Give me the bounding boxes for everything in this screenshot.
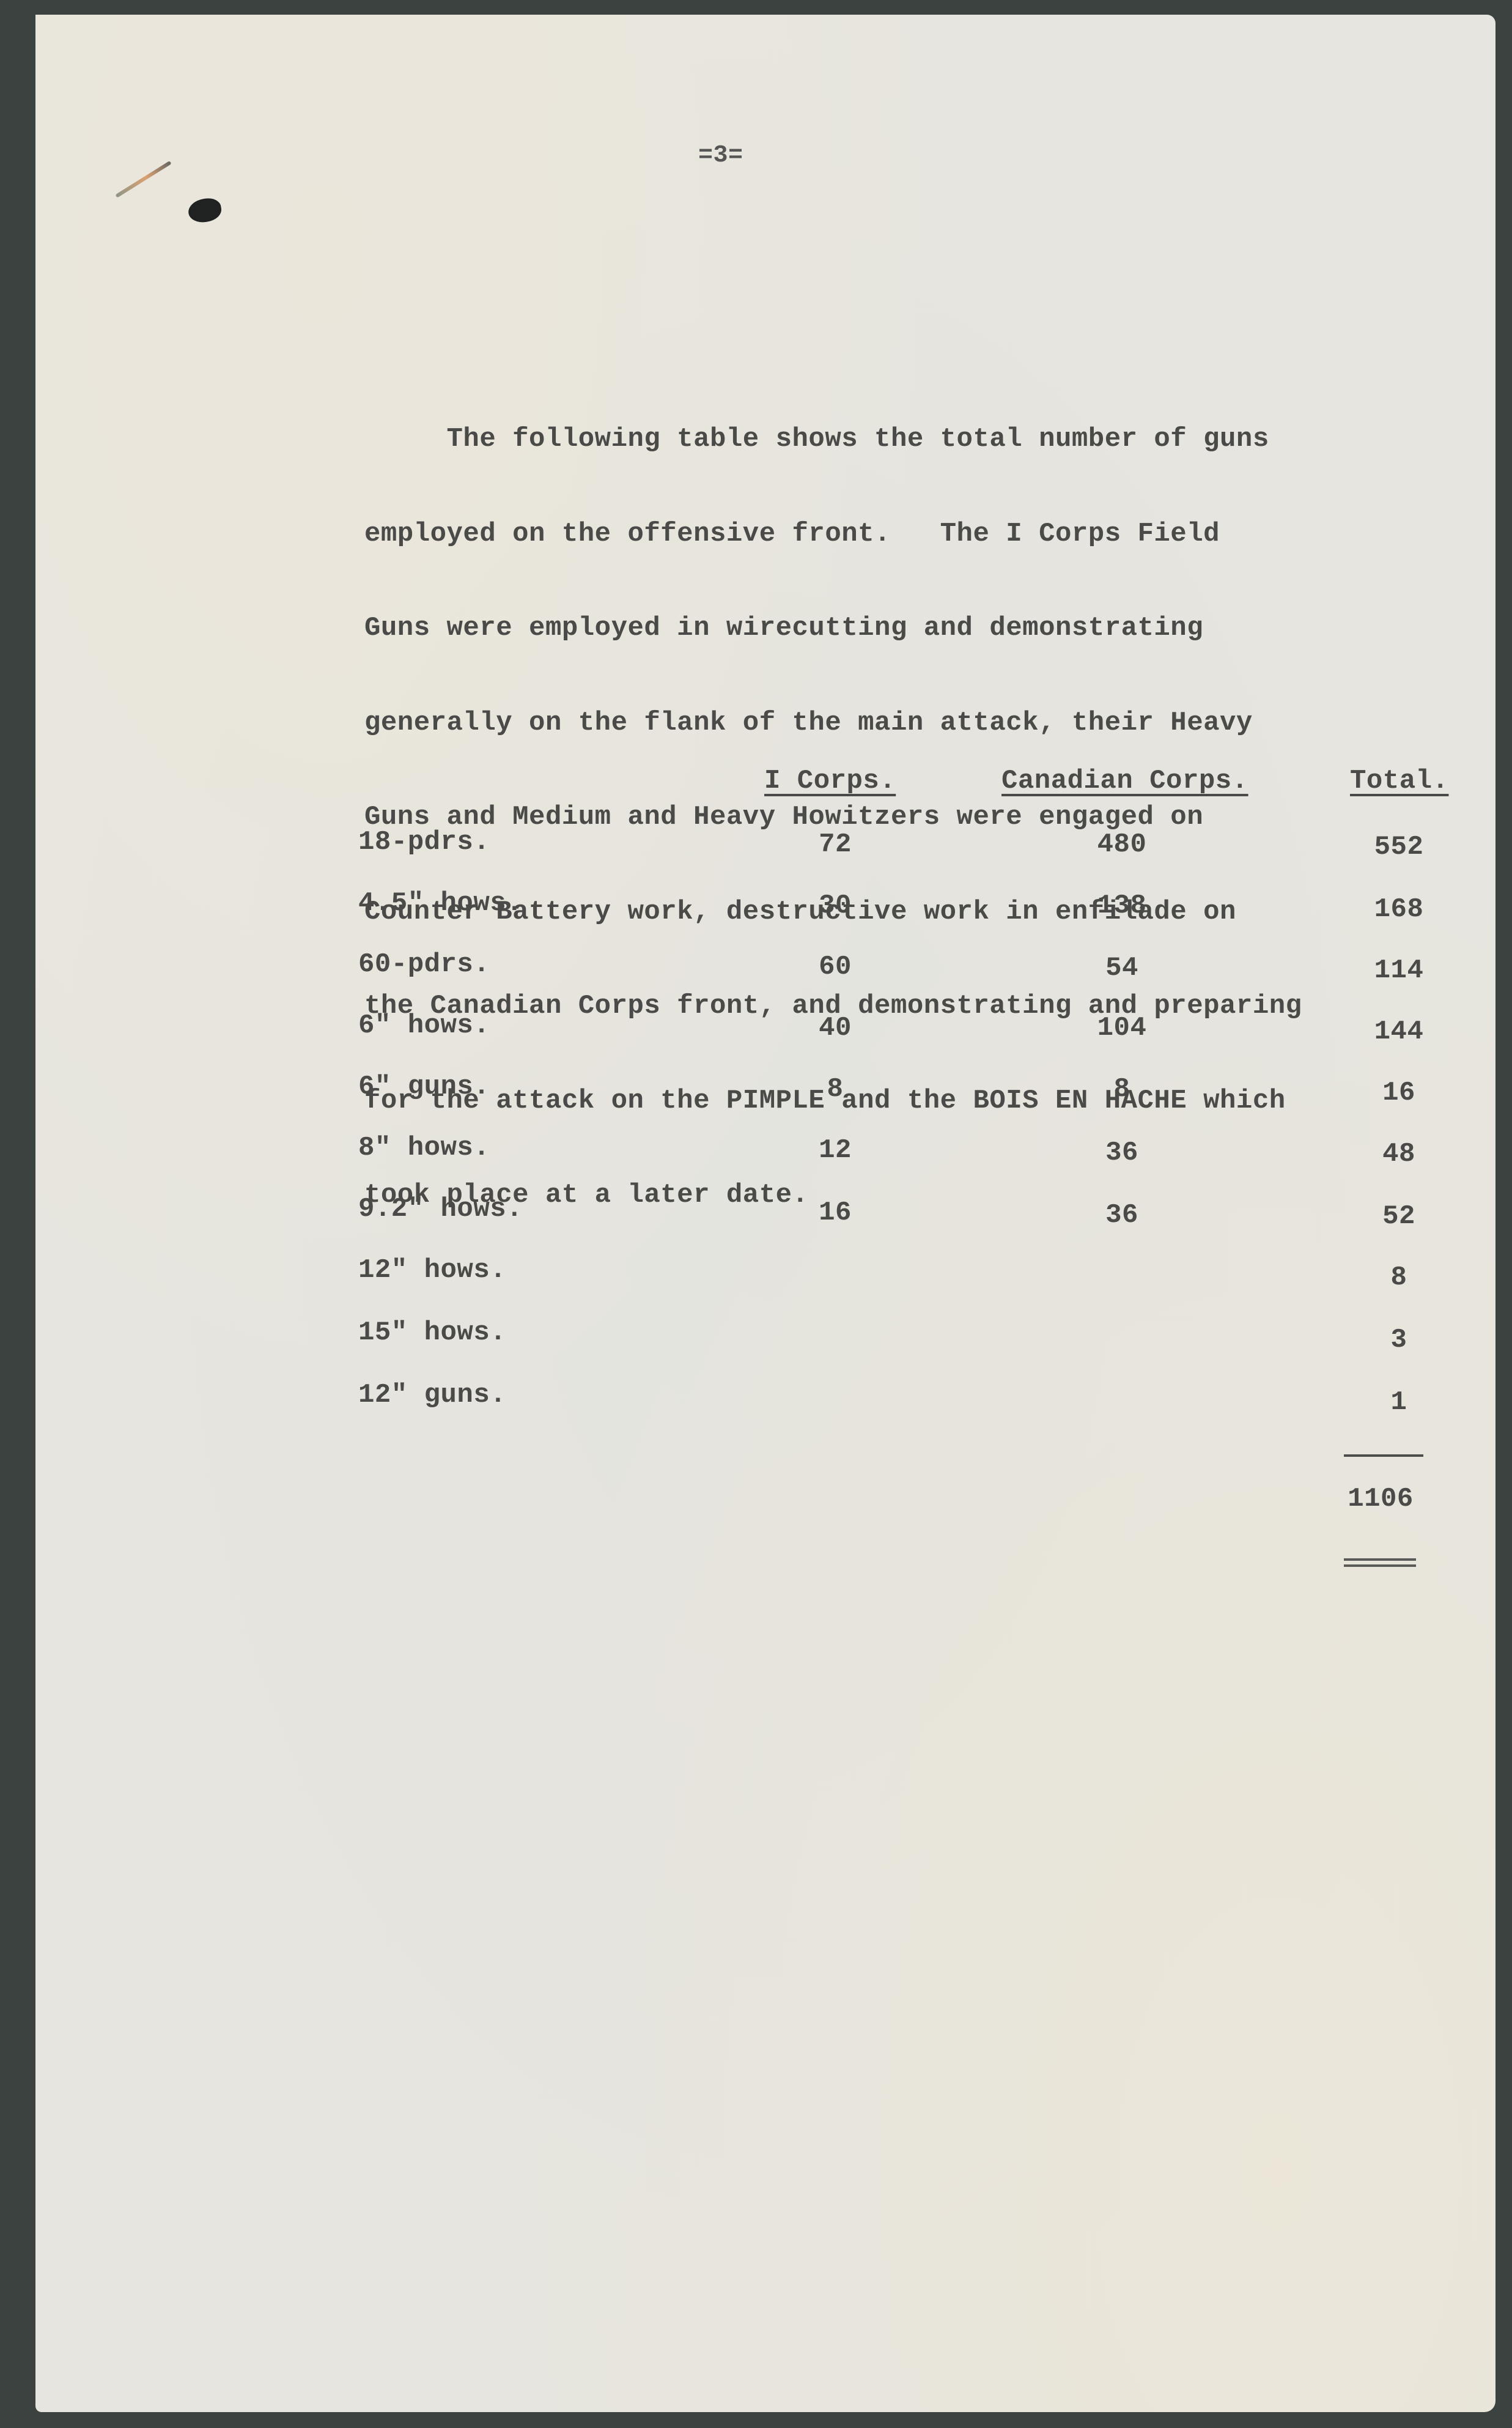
row-label: 4.5" hows. <box>358 888 523 919</box>
cell-total: 48 <box>1344 1139 1454 1169</box>
row-label: 9.2" hows. <box>358 1194 523 1224</box>
cell-canadian-corps: 104 <box>1067 1013 1177 1043</box>
row-label: 12" guns. <box>358 1380 506 1410</box>
grand-total: 1106 <box>1344 1484 1417 1514</box>
cell-total: 3 <box>1344 1325 1454 1355</box>
cell-i-corps: 12 <box>780 1135 890 1166</box>
cell-total: 114 <box>1344 955 1454 986</box>
guns-table: I Corps. Canadian Corps. Total. 18-pdrs.… <box>0 0 1512 2428</box>
cell-i-corps: 16 <box>780 1197 890 1228</box>
cell-canadian-corps: 480 <box>1067 829 1177 860</box>
row-label: 6" hows. <box>358 1010 490 1041</box>
cell-i-corps: 60 <box>780 952 890 982</box>
cell-canadian-corps: 36 <box>1067 1138 1177 1168</box>
cell-total: 16 <box>1344 1078 1454 1108</box>
cell-i-corps: 72 <box>780 829 890 860</box>
cell-total: 168 <box>1344 894 1454 925</box>
cell-canadian-corps: 36 <box>1067 1200 1177 1231</box>
cell-total: 52 <box>1344 1201 1454 1232</box>
cell-i-corps: 40 <box>780 1013 890 1043</box>
row-label: 60-pdrs. <box>358 949 490 980</box>
cell-canadian-corps: 138 <box>1067 890 1177 921</box>
row-label: 6" guns. <box>358 1072 490 1102</box>
cell-total: 8 <box>1344 1262 1454 1293</box>
cell-total: 552 <box>1344 832 1454 862</box>
cell-i-corps: 30 <box>780 890 890 921</box>
row-label: 18-pdrs. <box>358 827 490 857</box>
column-header-i-corps: I Corps. <box>764 766 896 796</box>
row-label: 8" hows. <box>358 1133 490 1163</box>
row-label: 12" hows. <box>358 1255 506 1286</box>
double-rule <box>1344 1558 1416 1567</box>
sum-rule <box>1344 1454 1423 1457</box>
cell-canadian-corps: 54 <box>1067 953 1177 983</box>
row-label: 15" hows. <box>358 1317 506 1348</box>
cell-canadian-corps: 8 <box>1067 1074 1177 1105</box>
cell-total: 1 <box>1344 1387 1454 1418</box>
column-header-canadian-corps: Canadian Corps. <box>1001 766 1248 796</box>
cell-total: 144 <box>1344 1016 1454 1047</box>
column-header-total: Total. <box>1350 766 1448 796</box>
cell-i-corps: 8 <box>780 1074 890 1105</box>
